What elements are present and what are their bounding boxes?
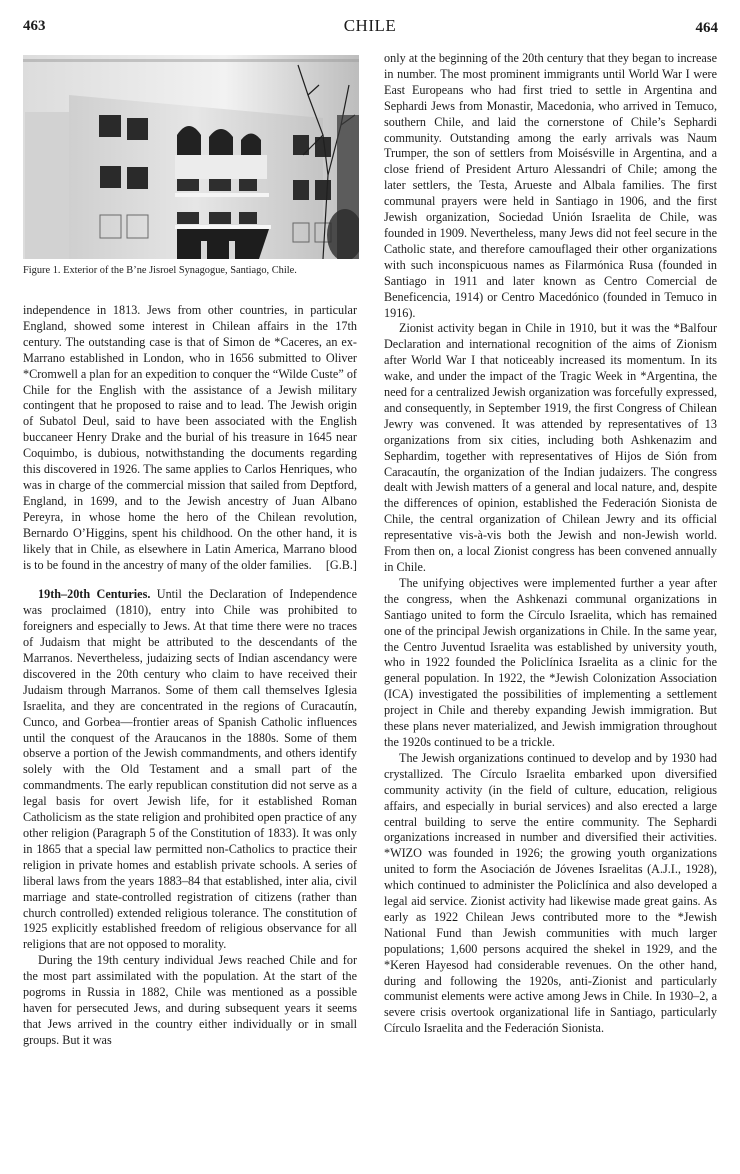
author-signature: [G.B.] [326, 558, 357, 574]
figure-1 [23, 55, 359, 260]
right-paragraph-3: The unifying objectives were implemented… [384, 576, 717, 751]
left-paragraph-2: 19th–20th Centuries. Until the Declarati… [23, 587, 357, 953]
page-header: 463 CHILE 464 [0, 0, 740, 40]
right-paragraph-2: Zionist activity began in Chile in 1910,… [384, 321, 717, 576]
running-head-title: CHILE [0, 16, 740, 36]
left-paragraph-2-text: Until the Declaration of Indepen­dence w… [23, 587, 357, 951]
right-paragraph-1: only at the beginning of the 20th centur… [384, 51, 717, 321]
synagogue-photo [23, 55, 359, 259]
right-column: only at the beginning of the 20th centur… [384, 51, 717, 1037]
left-paragraph-1-text: independence in 1813. Jews from other co… [23, 303, 357, 572]
section-heading: 19th–20th Centuries. [38, 587, 150, 601]
right-paragraph-4: The Jewish organizations continued to de… [384, 751, 717, 1037]
left-paragraph-1: independence in 1813. Jews from other co… [23, 303, 357, 573]
left-paragraph-3: During the 19th century individual Jews … [23, 953, 357, 1048]
left-column: independence in 1813. Jews from other co… [23, 303, 357, 1049]
figure-caption: Figure 1. Exterior of the B’ne Jisroel S… [23, 264, 363, 277]
page-number-right: 464 [696, 20, 719, 37]
